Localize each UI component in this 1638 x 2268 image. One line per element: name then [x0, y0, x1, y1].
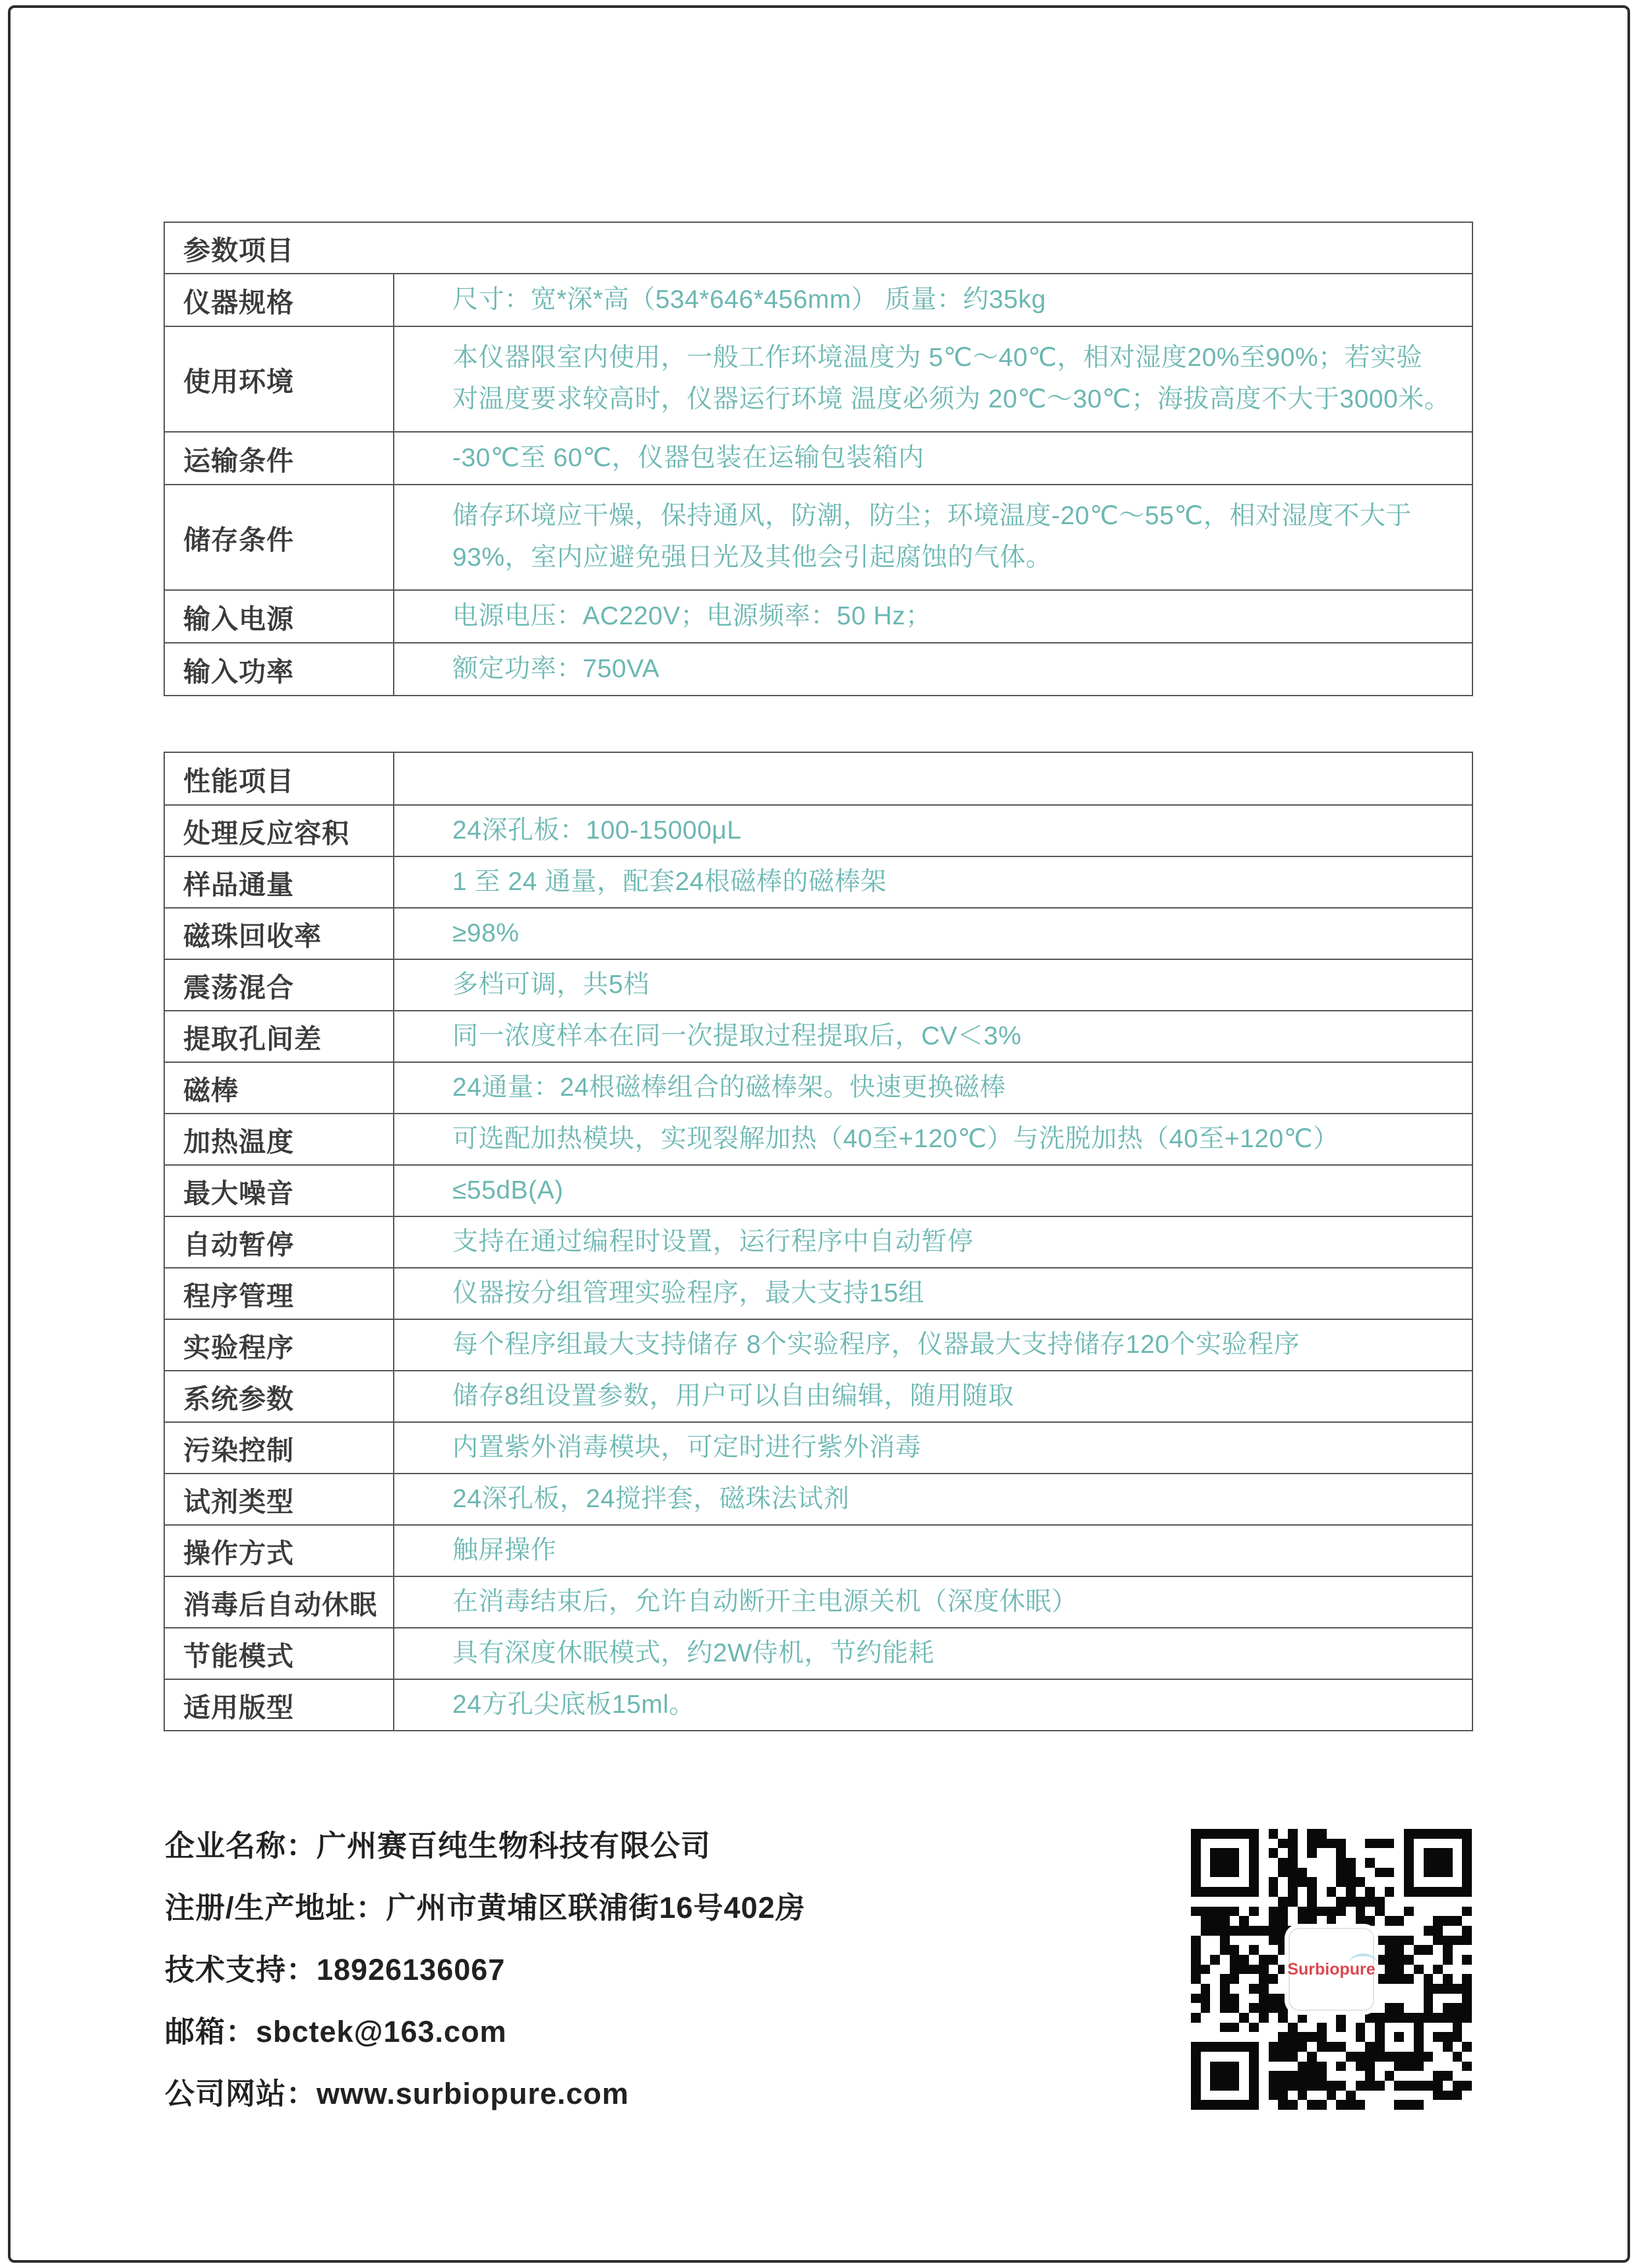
row-label: 磁珠回收率 — [165, 909, 394, 959]
table-row: 提取孔间差同一浓度样本在同一次提取过程提取后，CV＜3% — [165, 1010, 1472, 1061]
row-content: ‐30℃至 60℃，仪器包装在运输包装箱内 — [394, 433, 1472, 484]
table-row: 系统参数储存8组设置参数，用户可以自由编辑，随用随取 — [165, 1370, 1472, 1421]
row-label: 样品通量 — [165, 857, 394, 907]
row-content-line: 24方孔尖底板15ml。 — [452, 1690, 1472, 1720]
table-row: 自动暂停支持在通过编程时设置，运行程序中自动暂停 — [165, 1216, 1472, 1267]
row-content: 在消毒结束后，允许自动断开主电源关机（深度休眠） — [394, 1577, 1472, 1627]
table-row: 使用环境本仪器限室内使用，一般工作环境温度为 5℃～40℃，相对湿度20%至90… — [165, 326, 1472, 431]
row-content: 支持在通过编程时设置，运行程序中自动暂停 — [394, 1217, 1472, 1267]
row-content-line: 在消毒结束后，允许自动断开主电源关机（深度休眠） — [452, 1588, 1472, 1617]
table-row: 实验程序每个程序组最大支持储存 8个实验程序，仪器最大支持储存120个实验程序 — [165, 1319, 1472, 1370]
row-content: 同一浓度样本在同一次提取过程提取后，CV＜3% — [394, 1011, 1472, 1061]
row-content-line: 24深孔板，24搅拌套，磁珠法试剂 — [452, 1485, 1472, 1514]
table-row: 处理反应容积24深孔板：100-15000μL — [165, 804, 1472, 856]
row-content-line: 对温度要求较高时，仪器运行环境 温度必须为 20℃～30℃；海拔高度不大于300… — [452, 385, 1472, 415]
row-label: 实验程序 — [165, 1320, 394, 1370]
footer-company-info: 企业名称：广州赛百纯生物科技有限公司注册/生产地址：广州市黄埔区联浦街16号40… — [165, 1812, 806, 2122]
table-header-row: 参数项目 — [165, 223, 1472, 273]
table-row: 加热温度可选配加热模块，实现裂解加热（40至+120℃）与洗脱加热（40至+12… — [165, 1113, 1472, 1164]
row-label: 污染控制 — [165, 1423, 394, 1473]
row-label: 试剂类型 — [165, 1474, 394, 1524]
row-content: 24深孔板：100-15000μL — [394, 806, 1472, 856]
row-content-line: 额定功率：750VA — [452, 655, 1472, 684]
table-row: 节能模式具有深度休眠模式，约2W侍机，节约能耗 — [165, 1627, 1472, 1679]
table-row: 操作方式触屏操作 — [165, 1524, 1472, 1576]
row-content: 多档可调，共5档 — [394, 960, 1472, 1010]
row-label: 运输条件 — [165, 433, 394, 484]
row-content — [394, 223, 1472, 273]
spec-table-parameters: 参数项目仪器规格尺寸：宽*深*高（534*646*456mm） 质量：约35kg… — [164, 222, 1473, 696]
row-label: 消毒后自动休眠 — [165, 1577, 394, 1627]
table-row: 输入电源电源电压：AC220V；电源频率：50 Hz； — [165, 589, 1472, 642]
table-row: 消毒后自动休眠在消毒结束后，允许自动断开主电源关机（深度休眠） — [165, 1576, 1472, 1627]
row-content-line: 储存环境应干燥，保持通风，防潮，防尘；环境温度-20℃～55℃，相对湿度不大于 — [452, 502, 1472, 531]
row-label: 输入功率 — [165, 643, 394, 695]
row-label: 最大噪音 — [165, 1166, 394, 1216]
row-content-line: 每个程序组最大支持储存 8个实验程序，仪器最大支持储存120个实验程序 — [452, 1330, 1472, 1360]
brand-logo-text: Surbiopure — [1287, 1960, 1375, 1979]
row-content-line: 触屏操作 — [452, 1536, 1472, 1566]
row-label: 适用版型 — [165, 1680, 394, 1730]
row-label: 自动暂停 — [165, 1217, 394, 1267]
row-content: 24深孔板，24搅拌套，磁珠法试剂 — [394, 1474, 1472, 1524]
row-label: 输入电源 — [165, 591, 394, 642]
row-label: 加热温度 — [165, 1114, 394, 1164]
row-content: 内置紫外消毒模块，可定时进行紫外消毒 — [394, 1423, 1472, 1473]
table-row: 磁棒24通量：24根磁棒组合的磁棒架。快速更换磁棒 — [165, 1061, 1472, 1113]
row-label: 提取孔间差 — [165, 1011, 394, 1061]
table-row: 仪器规格尺寸：宽*深*高（534*646*456mm） 质量：约35kg — [165, 273, 1472, 326]
row-content: 24方孔尖底板15ml。 — [394, 1680, 1472, 1730]
table-row: 最大噪音≤55dB(A) — [165, 1164, 1472, 1216]
row-label: 处理反应容积 — [165, 806, 394, 856]
row-label: 仪器规格 — [165, 274, 394, 326]
row-content-line: 24深孔板：100-15000μL — [452, 816, 1472, 846]
row-content: 尺寸：宽*深*高（534*646*456mm） 质量：约35kg — [394, 274, 1472, 326]
row-label: 使用环境 — [165, 327, 394, 431]
table-row: 样品通量1 至 24 通量，配套24根磁棒的磁棒架 — [165, 856, 1472, 907]
table-row: 震荡混合多档可调，共5档 — [165, 959, 1472, 1010]
row-label: 磁棒 — [165, 1063, 394, 1113]
table-header-row: 性能项目 — [165, 753, 1472, 804]
table-row: 污染控制内置紫外消毒模块，可定时进行紫外消毒 — [165, 1421, 1472, 1473]
footer-line: 邮箱：sbctek@163.com — [165, 1998, 806, 2060]
row-content: 本仪器限室内使用，一般工作环境温度为 5℃～40℃，相对湿度20%至90%；若实… — [394, 327, 1472, 431]
footer-line: 技术支持：18926136067 — [165, 1936, 806, 1998]
row-content: 额定功率：750VA — [394, 643, 1472, 695]
table-row: 适用版型24方孔尖底板15ml。 — [165, 1679, 1472, 1730]
row-content: 24通量：24根磁棒组合的磁棒架。快速更换磁棒 — [394, 1063, 1472, 1113]
row-content-line: 内置紫外消毒模块，可定时进行紫外消毒 — [452, 1433, 1472, 1463]
row-content: 可选配加热模块，实现裂解加热（40至+120℃）与洗脱加热（40至+120℃） — [394, 1114, 1472, 1164]
row-label: 储存条件 — [165, 485, 394, 589]
qr-center-logo: Surbiopure — [1289, 1928, 1374, 2011]
row-label: 震荡混合 — [165, 960, 394, 1010]
table-row: 储存条件储存环境应干燥，保持通风，防潮，防尘；环境温度-20℃～55℃，相对湿度… — [165, 484, 1472, 589]
row-content: ≤55dB(A) — [394, 1166, 1472, 1216]
footer-line: 企业名称：广州赛百纯生物科技有限公司 — [165, 1812, 806, 1874]
table-row: 程序管理仪器按分组管理实验程序，最大支持15组 — [165, 1267, 1472, 1319]
row-content-line: 多档可调，共5档 — [452, 970, 1472, 1000]
row-content — [394, 753, 1472, 804]
row-content-line: 可选配加热模块，实现裂解加热（40至+120℃）与洗脱加热（40至+120℃） — [452, 1125, 1472, 1154]
row-content-line: ≥98% — [452, 919, 1472, 949]
table-row: 试剂类型24深孔板，24搅拌套，磁珠法试剂 — [165, 1473, 1472, 1524]
row-content-line: ≤55dB(A) — [452, 1176, 1472, 1206]
table-row: 输入功率额定功率：750VA — [165, 642, 1472, 695]
row-label: 节能模式 — [165, 1628, 394, 1679]
row-content-line: 支持在通过编程时设置，运行程序中自动暂停 — [452, 1228, 1472, 1257]
row-content-line: 仪器按分组管理实验程序，最大支持15组 — [452, 1279, 1472, 1309]
row-content: 电源电压：AC220V；电源频率：50 Hz； — [394, 591, 1472, 642]
row-content-line: 93%，室内应避免强日光及其他会引起腐蚀的气体。 — [452, 543, 1472, 573]
qr-code: Surbiopure — [1191, 1829, 1472, 2110]
table-title: 参数项目 — [165, 223, 394, 273]
row-content-line: 尺寸：宽*深*高（534*646*456mm） 质量：约35kg — [452, 285, 1472, 315]
table-row: 运输条件‐30℃至 60℃，仪器包装在运输包装箱内 — [165, 431, 1472, 484]
row-label: 程序管理 — [165, 1268, 394, 1319]
row-content-line: 储存8组设置参数，用户可以自由编辑，随用随取 — [452, 1382, 1472, 1412]
row-content-line: 电源电压：AC220V；电源频率：50 Hz； — [452, 602, 1472, 632]
row-content-line: ‐30℃至 60℃，仪器包装在运输包装箱内 — [452, 444, 1472, 473]
row-label: 系统参数 — [165, 1371, 394, 1421]
row-content-line: 24通量：24根磁棒组合的磁棒架。快速更换磁棒 — [452, 1073, 1472, 1103]
row-content: 每个程序组最大支持储存 8个实验程序，仪器最大支持储存120个实验程序 — [394, 1320, 1472, 1370]
spec-table-performance: 性能项目处理反应容积24深孔板：100-15000μL样品通量1 至 24 通量… — [164, 752, 1473, 1731]
row-content: 1 至 24 通量，配套24根磁棒的磁棒架 — [394, 857, 1472, 907]
row-content: 储存8组设置参数，用户可以自由编辑，随用随取 — [394, 1371, 1472, 1421]
row-content: 具有深度休眠模式，约2W侍机，节约能耗 — [394, 1628, 1472, 1679]
footer-line: 注册/生产地址：广州市黄埔区联浦街16号402房 — [165, 1874, 806, 1936]
footer-line: 公司网站：www.surbiopure.com — [165, 2060, 806, 2122]
row-content: 触屏操作 — [394, 1526, 1472, 1576]
row-content-line: 同一浓度样本在同一次提取过程提取后，CV＜3% — [452, 1022, 1472, 1052]
row-content-line: 本仪器限室内使用，一般工作环境温度为 5℃～40℃，相对湿度20%至90%；若实… — [452, 343, 1472, 373]
row-content: 仪器按分组管理实验程序，最大支持15组 — [394, 1268, 1472, 1319]
row-content-line: 1 至 24 通量，配套24根磁棒的磁棒架 — [452, 868, 1472, 897]
row-content: ≥98% — [394, 909, 1472, 959]
table-title: 性能项目 — [165, 753, 394, 804]
row-label: 操作方式 — [165, 1526, 394, 1576]
row-content: 储存环境应干燥，保持通风，防潮，防尘；环境温度-20℃～55℃，相对湿度不大于9… — [394, 485, 1472, 589]
table-row: 磁珠回收率≥98% — [165, 907, 1472, 959]
row-content-line: 具有深度休眠模式，约2W侍机，节约能耗 — [452, 1639, 1472, 1669]
